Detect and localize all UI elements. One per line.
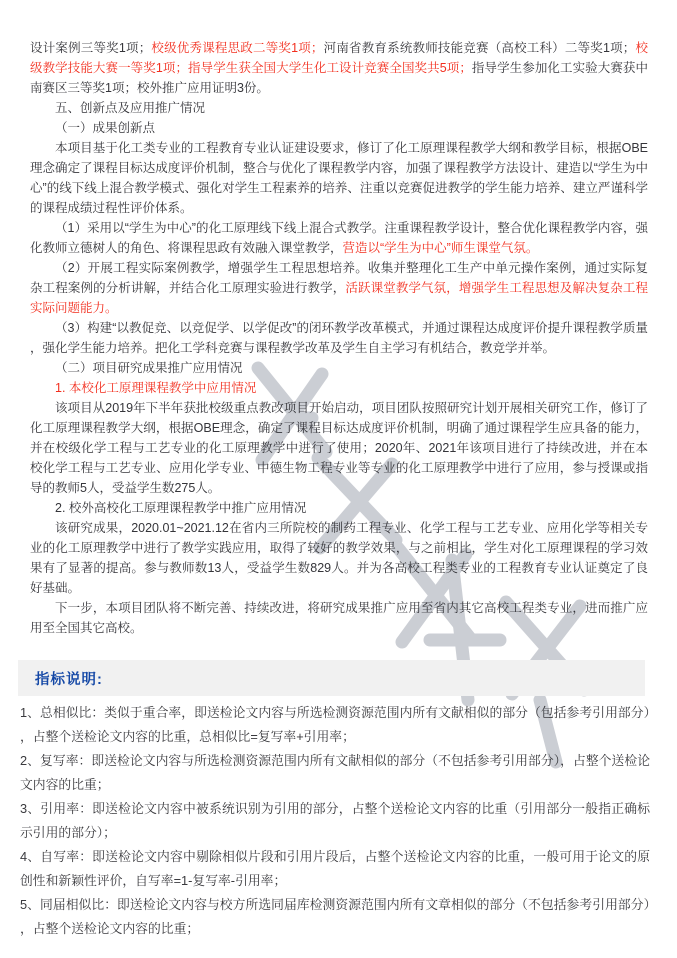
- text-run: 本项目基于化工类专业的工程教育专业认证建设要求，修订了化工原理课程教学大纲和教学…: [30, 141, 648, 215]
- text-run: （1）采用以“学生为中心”的化工原理线下线上混合式教学。注重课程教学设计，整合优…: [30, 221, 648, 255]
- text-run: 该研究成果，2020.01~2021.12在省内三所院校的制药工程专业、化学工程…: [30, 521, 648, 595]
- text-run: 河南省教育系统教师技能竞赛（高校工科）二等奖1项；: [323, 41, 635, 55]
- paragraph: 五、创新点及应用推广情况: [30, 98, 648, 118]
- highlighted-text: 营造以“学生为中心”师生课堂气氛。: [343, 241, 539, 255]
- paragraph: 设计案例三等奖1项；校级优秀课程思政二等奖1项；河南省教育系统教师技能竞赛（高校…: [30, 38, 648, 98]
- text-run: 下一步，本项目团队将不断完善、持续改进，将研究成果推广应用至省内其它高校工程类专…: [30, 601, 648, 635]
- paragraph: 该研究成果，2020.01~2021.12在省内三所院校的制药工程专业、化学工程…: [30, 518, 648, 598]
- indicator-list: 1、总相似比：类似于重合率，即送检论文内容与所选检测资源范围内所有文献相似的部分…: [20, 701, 650, 941]
- indicator-item: 5、同届相似比：即送检论文内容与校方所选同届库检测资源范围内所有文章相似的部分（…: [20, 893, 650, 941]
- paragraph: 该项目从2019年下半年获批校级重点教改项目开始启动，项目团队按照研究计划开展相…: [30, 398, 648, 498]
- indicator-item: 2、复写率：即送检论文内容与所选检测资源范围内所有文献相似的部分（不包括参考引用…: [20, 749, 650, 797]
- text-run: 设计案例三等奖1项；: [30, 41, 151, 55]
- highlighted-text: 1. 本校化工原理课程教学中应用情况: [55, 381, 256, 395]
- indicator-item: 1、总相似比：类似于重合率，即送检论文内容与所选检测资源范围内所有文献相似的部分…: [20, 701, 650, 749]
- paragraph: （一）成果创新点: [30, 118, 648, 138]
- paragraph: （3）构建“以教促竞、以竞促学、以学促改”的闭环教学改革模式，并通过课程达成度评…: [30, 318, 648, 358]
- text-run: （一）成果创新点: [55, 121, 155, 135]
- paragraph: （二）项目研究成果推广应用情况: [30, 358, 648, 378]
- indicator-header-title: 指标说明:: [35, 668, 103, 689]
- text-run: 该项目从2019年下半年获批校级重点教改项目开始启动，项目团队按照研究计划开展相…: [30, 401, 648, 495]
- indicator-item: 4、自写率：即送检论文内容中剔除相似片段和引用片段后，占整个送检论文内容的比重，…: [20, 845, 650, 893]
- paragraph: 2. 校外高校化工原理课程教学中推广应用情况: [30, 498, 648, 518]
- text-run: 2. 校外高校化工原理课程教学中推广应用情况: [55, 501, 306, 515]
- indicator-item: 3、引用率：即送检论文内容中被系统识别为引用的部分，占整个送检论文内容的比重（引…: [20, 797, 650, 845]
- text-run: （3）构建“以教促竞、以竞促学、以学促改”的闭环教学改革模式，并通过课程达成度评…: [30, 321, 648, 355]
- text-run: 五、创新点及应用推广情况: [55, 101, 205, 115]
- paragraph: （2）开展工程实际案例教学，增强学生工程思想培养。收集并整理化工生产中单元操作案…: [30, 258, 648, 318]
- paragraph: 本项目基于化工类专业的工程教育专业认证建设要求，修订了化工原理课程教学大纲和教学…: [30, 138, 648, 218]
- report-page: 设计案例三等奖1项；校级优秀课程思政二等奖1项；河南省教育系统教师技能竞赛（高校…: [0, 0, 677, 958]
- indicator-header-band: 指标说明:: [18, 660, 645, 696]
- highlighted-text: 校级优秀课程思政二等奖1项；: [151, 41, 323, 55]
- paragraph: （1）采用以“学生为中心”的化工原理线下线上混合式教学。注重课程教学设计，整合优…: [30, 218, 648, 258]
- paragraph: 1. 本校化工原理课程教学中应用情况: [30, 378, 648, 398]
- text-run: （二）项目研究成果推广应用情况: [55, 361, 243, 375]
- paragraph: 下一步，本项目团队将不断完善、持续改进，将研究成果推广应用至省内其它高校工程类专…: [30, 598, 648, 638]
- document-body: 设计案例三等奖1项；校级优秀课程思政二等奖1项；河南省教育系统教师技能竞赛（高校…: [30, 38, 648, 638]
